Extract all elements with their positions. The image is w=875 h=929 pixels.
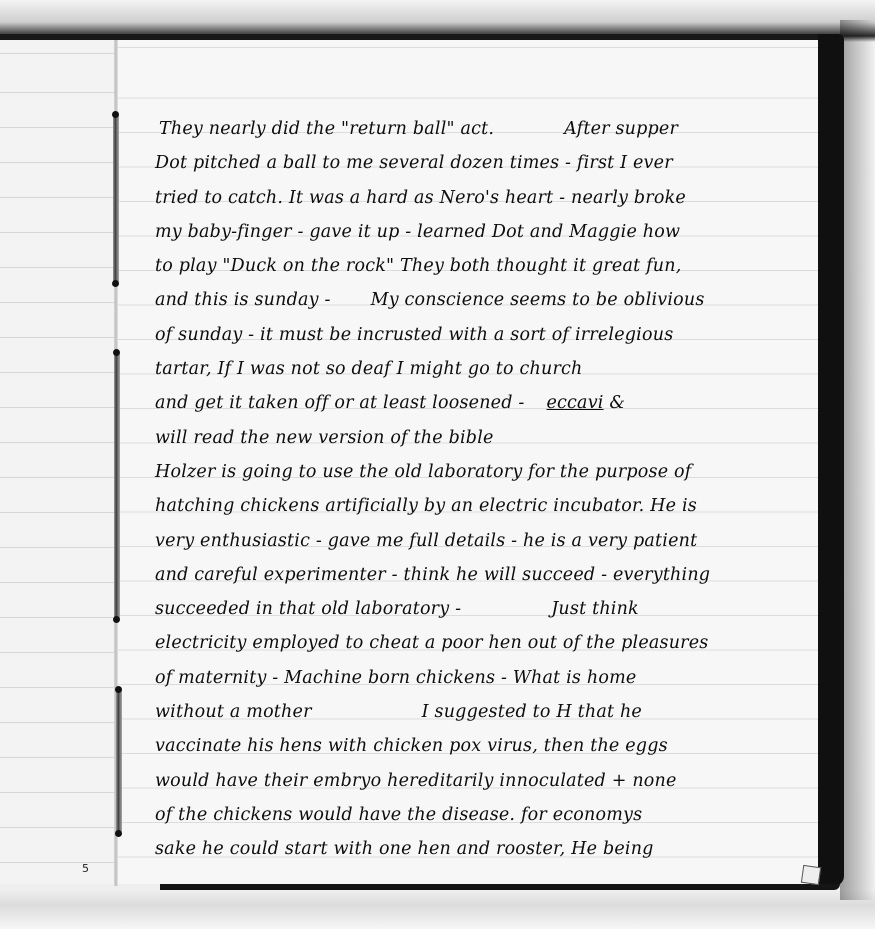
text-line-main: sake he could start with one hen and roo… [155,839,654,859]
text-line-main: tried to catch. It was a hard as Nero's … [155,188,686,208]
text-line-main: and get it taken off or at least loosene… [155,393,525,413]
text-line-main: and this is sunday - [155,290,331,310]
text-line: succeeded in that old laboratory -Just t… [155,592,815,626]
text-line-main: to play "Duck on the rock" They both tho… [155,256,682,276]
text-line: Dot pitched a ball to me several dozen t… [155,146,815,180]
text-line: my baby-finger - gave it up - learned Do… [155,215,815,249]
text-line: They nearly did the "return ball" act.Af… [155,112,815,146]
text-line-main: and careful experimenter - think he will… [155,565,710,585]
text-line: Holzer is going to use the old laborator… [155,455,815,489]
text-line: of maternity - Machine born chickens - W… [155,661,815,695]
notebook-cover-bottom-edge [160,884,840,890]
text-line: tartar, If I was not so deaf I might go … [155,352,815,386]
text-line-main: very enthusiastic - gave me full details… [155,531,697,551]
notebook-shadow [840,20,875,900]
page-number: 5 [82,862,89,875]
text-line: very enthusiastic - gave me full details… [155,524,815,558]
text-line: hatching chickens artificially by an ele… [155,489,815,523]
text-line-main: They nearly did the "return ball" act. [159,119,494,139]
text-line: will read the new version of the bible [155,421,815,455]
staple-bottom [116,689,122,834]
text-line-continuation: My conscience seems to be oblivious [371,290,705,310]
text-line-main: Holzer is going to use the old laborator… [155,462,691,482]
text-line: and this is sunday -My conscience seems … [155,283,815,317]
text-line-main: vaccinate his hens with chicken pox viru… [155,736,668,756]
text-line-main: of maternity - Machine born chickens - W… [155,668,636,688]
text-line-continuation: I suggested to H that he [422,702,642,722]
text-line-continuation: After supper [564,119,678,139]
text-line-main: hatching chickens artificially by an ele… [155,496,697,516]
text-line: and get it taken off or at least loosene… [155,386,815,420]
notebook-cover-right-edge [818,34,844,886]
text-line: and careful experimenter - think he will… [155,558,815,592]
text-line-main: electricity employed to cheat a poor hen… [155,633,708,653]
text-line-main: tartar, If I was not so deaf I might go … [155,359,583,379]
staple-middle [114,352,120,620]
text-line-main: of the chickens would have the disease. … [155,805,642,825]
text-line-continuation: eccavi [547,393,604,413]
text-line: without a motherI suggested to H that he [155,695,815,729]
text-line-main: my baby-finger - gave it up - learned Do… [155,222,680,242]
page-corner-mark [801,865,821,885]
text-line: electricity employed to cheat a poor hen… [155,626,815,660]
text-line: vaccinate his hens with chicken pox viru… [155,729,815,763]
text-line-main: will read the new version of the bible [155,428,494,448]
text-line-main: of sunday - it must be incrusted with a … [155,325,673,345]
text-line-main: without a mother [155,702,312,722]
text-line-main: succeeded in that old laboratory - [155,599,461,619]
text-line-main: would have their embryo hereditarily inn… [155,771,677,791]
text-line: tried to catch. It was a hard as Nero's … [155,181,815,215]
handwritten-text: They nearly did the "return ball" act.Af… [155,112,815,867]
text-line: of sunday - it must be incrusted with a … [155,318,815,352]
text-line-main: Dot pitched a ball to me several dozen t… [155,153,673,173]
text-line-continuation: Just think [551,599,639,619]
text-line: sake he could start with one hen and roo… [155,832,815,866]
staple-top [113,114,119,284]
text-line-tail: & [604,393,626,413]
text-line: to play "Duck on the rock" They both tho… [155,249,815,283]
text-line: would have their embryo hereditarily inn… [155,764,815,798]
text-line: of the chickens would have the disease. … [155,798,815,832]
left-page [0,40,117,884]
